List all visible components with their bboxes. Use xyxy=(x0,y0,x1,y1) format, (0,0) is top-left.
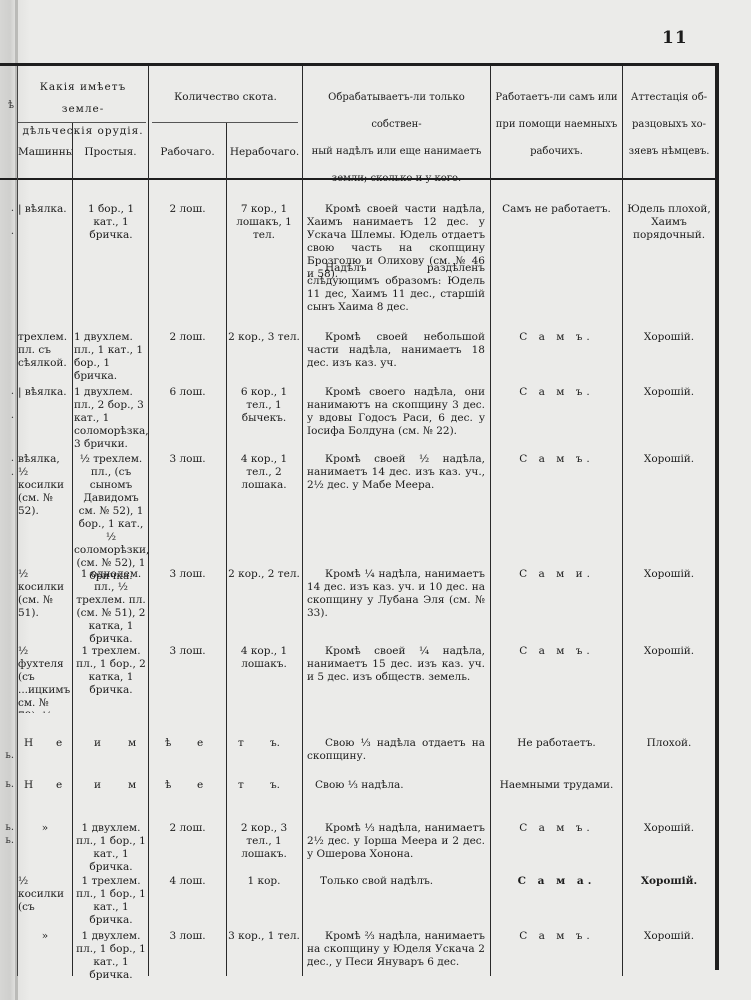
header-tools-simple: Простыя. xyxy=(73,146,148,159)
cell-working: 4 лош. xyxy=(149,875,226,888)
cell-working: 3 лош. xyxy=(149,453,226,466)
cell-simple: ½ трехлем. пл., (съ сыномъ Давидомъ см. … xyxy=(74,453,148,583)
ne-imeet-letter: м xyxy=(128,779,136,792)
gutter-fragment: ь. xyxy=(0,835,14,846)
header-land-line2: ный надѣлъ или еще нанимаетъ xyxy=(303,138,490,165)
livestock-subheader-rule xyxy=(152,122,298,123)
gutter-fragment: . xyxy=(0,410,14,421)
cell-machine: вѣялка, ½ косилки (см. № 52). xyxy=(18,453,72,518)
ne-imeet-letter: Н xyxy=(24,779,33,792)
header-land-line3: земли; сколько и у кого. xyxy=(303,165,490,192)
ne-imeet-letter: т xyxy=(238,737,244,750)
header-land: Обрабатываетъ-ли только собствен- ный на… xyxy=(303,84,490,192)
cell-land: Только свой надѣлъ. xyxy=(320,875,485,888)
gutter-fragment: ь. xyxy=(0,822,14,833)
cell-nonworking: 4 кор., 1 лошакъ. xyxy=(228,645,300,671)
cell-land: Свою ⅓ надѣла отдаетъ на скопщину. xyxy=(307,737,485,763)
header-livestock-group: Количество скота. xyxy=(149,91,302,104)
gutter-fragment: . xyxy=(0,386,14,397)
cell-attestation: Юдель плохой, Хаимъ порядочный. xyxy=(624,203,714,242)
cell-labor: С а м и. xyxy=(491,568,622,581)
ne-imeet-letter: ъ. xyxy=(270,737,280,750)
header-attest-line1: Аттестація об- xyxy=(623,84,715,111)
cell-simple: 1 двухлем. пл., 1 бор., 1 кат., 1 бричка… xyxy=(74,822,148,874)
cell-simple: 1 двухлем. пл., 2 бор., 3 кат., 1 соломо… xyxy=(74,386,148,451)
cell-machine: ½ косилки (съ ...ваиуэлемъ см. № 61). xyxy=(18,875,72,915)
col-line-livestock-land xyxy=(302,66,303,976)
gutter-fragment: . xyxy=(0,467,14,478)
cell-labor: Не работаетъ. xyxy=(491,737,622,750)
header-land-line1: Обрабатываетъ-ли только собствен- xyxy=(303,84,490,138)
cell-simple: 1 однолем. пл., ½ трехлем. пл. (см. № 51… xyxy=(74,568,148,646)
ne-imeet-letter: ъ. xyxy=(270,779,280,792)
cell-working: 3 лош. xyxy=(149,645,226,658)
cell-machine: | вѣялка. xyxy=(18,203,72,216)
cell-attestation: Хорошій. xyxy=(624,453,714,466)
cell-attestation: Хорошій. xyxy=(624,645,714,658)
gutter-fragment: . xyxy=(0,453,14,464)
cell-machine: » xyxy=(18,930,72,943)
cell-nonworking: 7 кор., 1 лошакъ, 1 тел. xyxy=(228,203,300,242)
cell-machine: трехлем. пл. съ сѣялкой. xyxy=(18,331,72,370)
cell-attestation: Хорошій. xyxy=(624,930,714,943)
ne-imeet-letter: е xyxy=(197,737,203,750)
header-attest-line3: зяевъ нѣмцевъ. xyxy=(623,138,715,165)
header-tools-machine: Машинныя. xyxy=(18,146,72,159)
cell-simple: 1 двухлем. пл., 1 кат., 1 бор., 1 бричка… xyxy=(74,331,148,383)
cell-machine: | вѣялка. xyxy=(18,386,72,399)
cell-machine: ½ косилки (см. № 51). xyxy=(18,568,72,620)
cell-working: 3 лош. xyxy=(149,568,226,581)
document-page: 11 Какія имѣетъ земле- дѣльческія орудія… xyxy=(0,0,751,1000)
cell-nonworking: 1 кор. xyxy=(228,875,300,888)
header-tools-line1: Какія имѣетъ земле- xyxy=(18,76,148,120)
col-line-working-nonworking xyxy=(226,123,227,976)
gutter-fragment: . xyxy=(0,226,14,237)
header-labor-line2: при помощи наемныхъ xyxy=(491,111,622,138)
cell-land: Свою ⅓ надѣла. xyxy=(315,779,485,792)
cell-labor: С а м ъ. xyxy=(491,822,622,835)
gutter-fragment: ѣ xyxy=(0,100,14,111)
cell-land: Кромѣ своей ¼ надѣла, нанимаетъ 15 дес. … xyxy=(307,645,485,684)
cell-machine: ½ фухтеля (съ ...ицкимъ см. № 78), ½ кос… xyxy=(18,645,72,713)
header-livestock-working: Рабочаго. xyxy=(149,146,226,159)
col-line-machine-simple xyxy=(72,123,73,976)
header-tools-group: Какія имѣетъ земле- дѣльческія орудія. xyxy=(18,76,148,142)
cell-land: Кромѣ своей ½ надѣла, нанимаетъ 14 дес. … xyxy=(307,453,485,492)
cell-attestation: Хорошій. xyxy=(624,386,714,399)
ne-imeet-letter: Н xyxy=(24,737,33,750)
header-tools-line2: дѣльческія орудія. xyxy=(18,120,148,142)
cell-simple: 1 трехлем. пл., 1 бор., 1 кат., 1 бричка… xyxy=(74,875,148,927)
cell-attestation: Хорошій. xyxy=(624,875,714,888)
header-attestation: Аттестація об- разцовыхъ хо- зяевъ нѣмце… xyxy=(623,84,715,165)
cell-nonworking: 2 кор., 2 тел. xyxy=(228,568,300,581)
gutter-fragment: ь. xyxy=(0,750,14,761)
cell-nonworking: 2 кор., 3 тел. xyxy=(228,331,300,344)
cell-machine: » xyxy=(18,822,72,835)
cell-land: Кромѣ своей небольшой части надѣла, нани… xyxy=(307,331,485,370)
cell-land: Кромѣ ⅓ надѣла, нанимаетъ 2½ дес. у Іорш… xyxy=(307,822,485,861)
ne-imeet-letter: м xyxy=(128,737,136,750)
cell-labor: С а м ъ. xyxy=(491,930,622,943)
cell-simple: 1 трехлем. пл., 1 бор., 2 катка, 1 бричк… xyxy=(74,645,148,697)
cell-attestation: Хорошій. xyxy=(624,822,714,835)
cell-working: 2 лош. xyxy=(149,331,226,344)
gutter-fragment: ь. xyxy=(0,779,14,790)
cell-nonworking: 4 кор., 1 тел., 2 лошака. xyxy=(228,453,300,492)
gutter-fragment: . xyxy=(0,203,14,214)
cell-attestation: Хорошій. xyxy=(624,331,714,344)
page-number: 11 xyxy=(662,28,688,48)
ne-imeet-letter: ѣ xyxy=(165,737,171,750)
header-labor: Работаетъ-ли самъ или при помощи наемных… xyxy=(491,84,622,165)
ne-imeet-letter: ѣ xyxy=(165,779,171,792)
cell-nonworking: 6 кор., 1 тел., 1 бычекъ. xyxy=(228,386,300,425)
header-attest-line2: разцовыхъ хо- xyxy=(623,111,715,138)
cell-labor: С а м ъ. xyxy=(491,645,622,658)
header-labor-line1: Работаетъ-ли самъ или xyxy=(491,84,622,111)
ne-imeet-letter: т xyxy=(238,779,244,792)
table-top-rule xyxy=(0,63,718,66)
col-line-labor-attest xyxy=(622,66,623,976)
cell-labor: Самъ не работаетъ. xyxy=(491,203,622,216)
ne-imeet-letter: и xyxy=(94,737,101,750)
cell-labor: С а м а. xyxy=(491,875,622,888)
cell-working: 6 лош. xyxy=(149,386,226,399)
ne-imeet-letter: е xyxy=(56,737,62,750)
ne-imeet-letter: е xyxy=(56,779,62,792)
cell-simple: 1 двухлем. пл., 1 бор., 1 кат., 1 бричка… xyxy=(74,930,148,982)
cell-nonworking: 3 кор., 1 тел. xyxy=(228,930,300,943)
cell-simple: 1 бор., 1 кат., 1 бричка. xyxy=(74,203,148,242)
cell-labor: С а м ъ. xyxy=(491,386,622,399)
cell-working: 2 лош. xyxy=(149,203,226,216)
cell-nonworking: 2 кор., 3 тел., 1 лошакъ. xyxy=(228,822,300,861)
cell-working: 2 лош. xyxy=(149,822,226,835)
ne-imeet-letter: и xyxy=(94,779,101,792)
ne-imeet-letter: е xyxy=(197,779,203,792)
cell-labor: С а м ъ. xyxy=(491,453,622,466)
cell-working: 3 лош. xyxy=(149,930,226,943)
header-labor-line3: рабочихъ. xyxy=(491,138,622,165)
cell-attestation: Плохой. xyxy=(624,737,714,750)
cell-attestation: Хорошій. xyxy=(624,568,714,581)
header-livestock-nonworking: Нерабочаго. xyxy=(227,146,302,159)
cell-land: Кромѣ ¼ надѣла, нанимаетъ 14 дес. изъ ка… xyxy=(307,568,485,620)
cell-labor: Наемными трудами. xyxy=(491,779,622,792)
cell-land-extra: Надѣлъ раздѣленъ слѣдующимъ образомъ: Юд… xyxy=(307,262,485,314)
cell-labor: С а м ъ. xyxy=(491,331,622,344)
cell-land: Кромѣ своего надѣла, они нанимаютъ на ск… xyxy=(307,386,485,438)
table-right-border xyxy=(715,63,719,970)
cell-land: Кромѣ ⅔ надѣла, нанимаетъ на скопщину у … xyxy=(307,930,485,969)
